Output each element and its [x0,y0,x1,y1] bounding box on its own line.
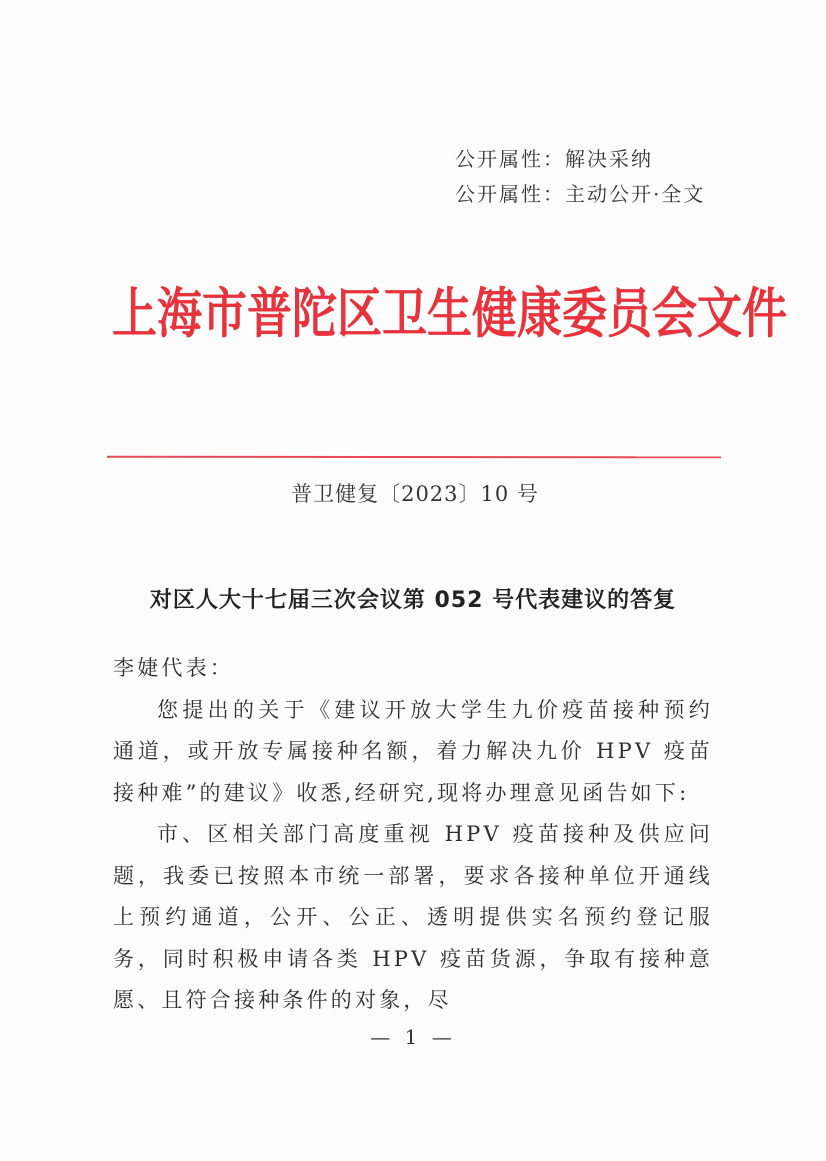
disclosure-attributes: 公开属性：解决采纳 公开属性：主动公开·全文 [455,142,705,212]
disclosure-attribute-publicity: 公开属性：主动公开·全文 [455,177,705,212]
body-paragraph: 市、区相关部门高度重视 HPV 疫苗接种及供应问题，我委已按照本市统一部署，要求… [113,814,713,1022]
letterhead-title: 上海市普陀区卫生健康委员会文件 [112,272,722,356]
letterhead-divider [107,456,721,459]
document-page: 公开属性：解决采纳 公开属性：主动公开·全文 上海市普陀区卫生健康委员会文件 普… [0,0,826,1161]
document-subject: 对区人大十七届三次会议第 052 号代表建议的答复 [0,583,826,614]
body-paragraph: 您提出的关于《建议开放大学生九价疫苗接种预约通道，或开放专属接种名额，着力解决九… [113,690,713,815]
page-number: — 1 — [0,1025,826,1049]
disclosure-attribute-adoption: 公开属性：解决采纳 [455,142,705,177]
salutation: 李婕代表： [113,648,713,690]
document-number: 普卫健复〔2023〕10 号 [0,478,826,508]
document-body: 李婕代表： 您提出的关于《建议开放大学生九价疫苗接种预约通道，或开放专属接种名额… [113,648,713,1022]
